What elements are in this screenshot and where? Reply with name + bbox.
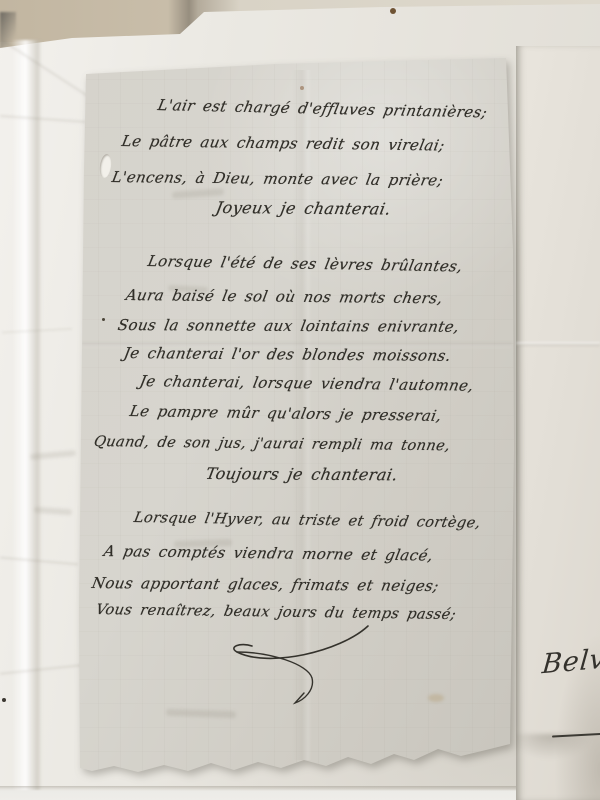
pen-flourish — [0, 0, 600, 800]
manuscript-photo: Belvi L'air est chargé d'effluves printa… — [0, 0, 600, 800]
